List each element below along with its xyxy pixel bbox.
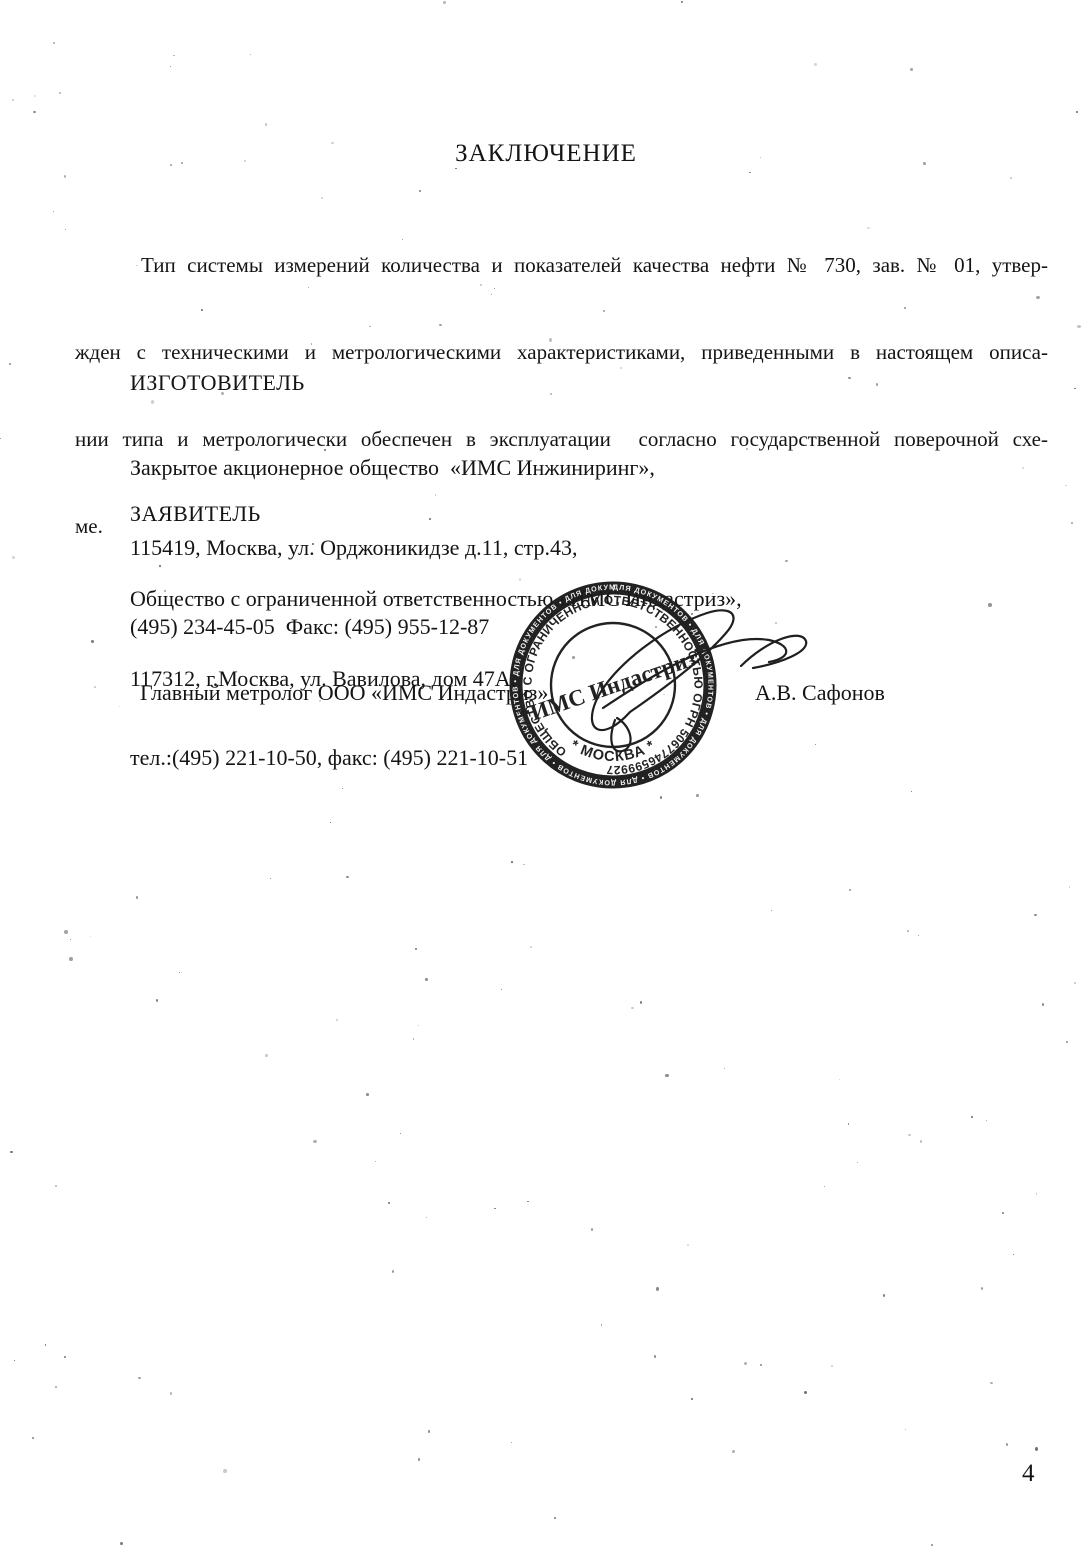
applicant-label: ЗАЯВИТЕЛЬ <box>130 501 742 527</box>
paragraph-line: Тип системы измерений количества и показ… <box>75 251 1048 280</box>
manufacturer-label: ИЗГОТОВИТЕЛЬ <box>130 370 655 396</box>
page-number: 4 <box>1022 1460 1035 1488</box>
signature-scrawl-icon <box>555 570 825 780</box>
document-page: ЗАКЛЮЧЕНИЕ Тип системы измерений количес… <box>0 0 1092 1560</box>
signature-descender <box>611 718 630 751</box>
signature-cross-stroke <box>603 639 786 708</box>
page-title: ЗАКЛЮЧЕНИЕ <box>0 140 1092 168</box>
